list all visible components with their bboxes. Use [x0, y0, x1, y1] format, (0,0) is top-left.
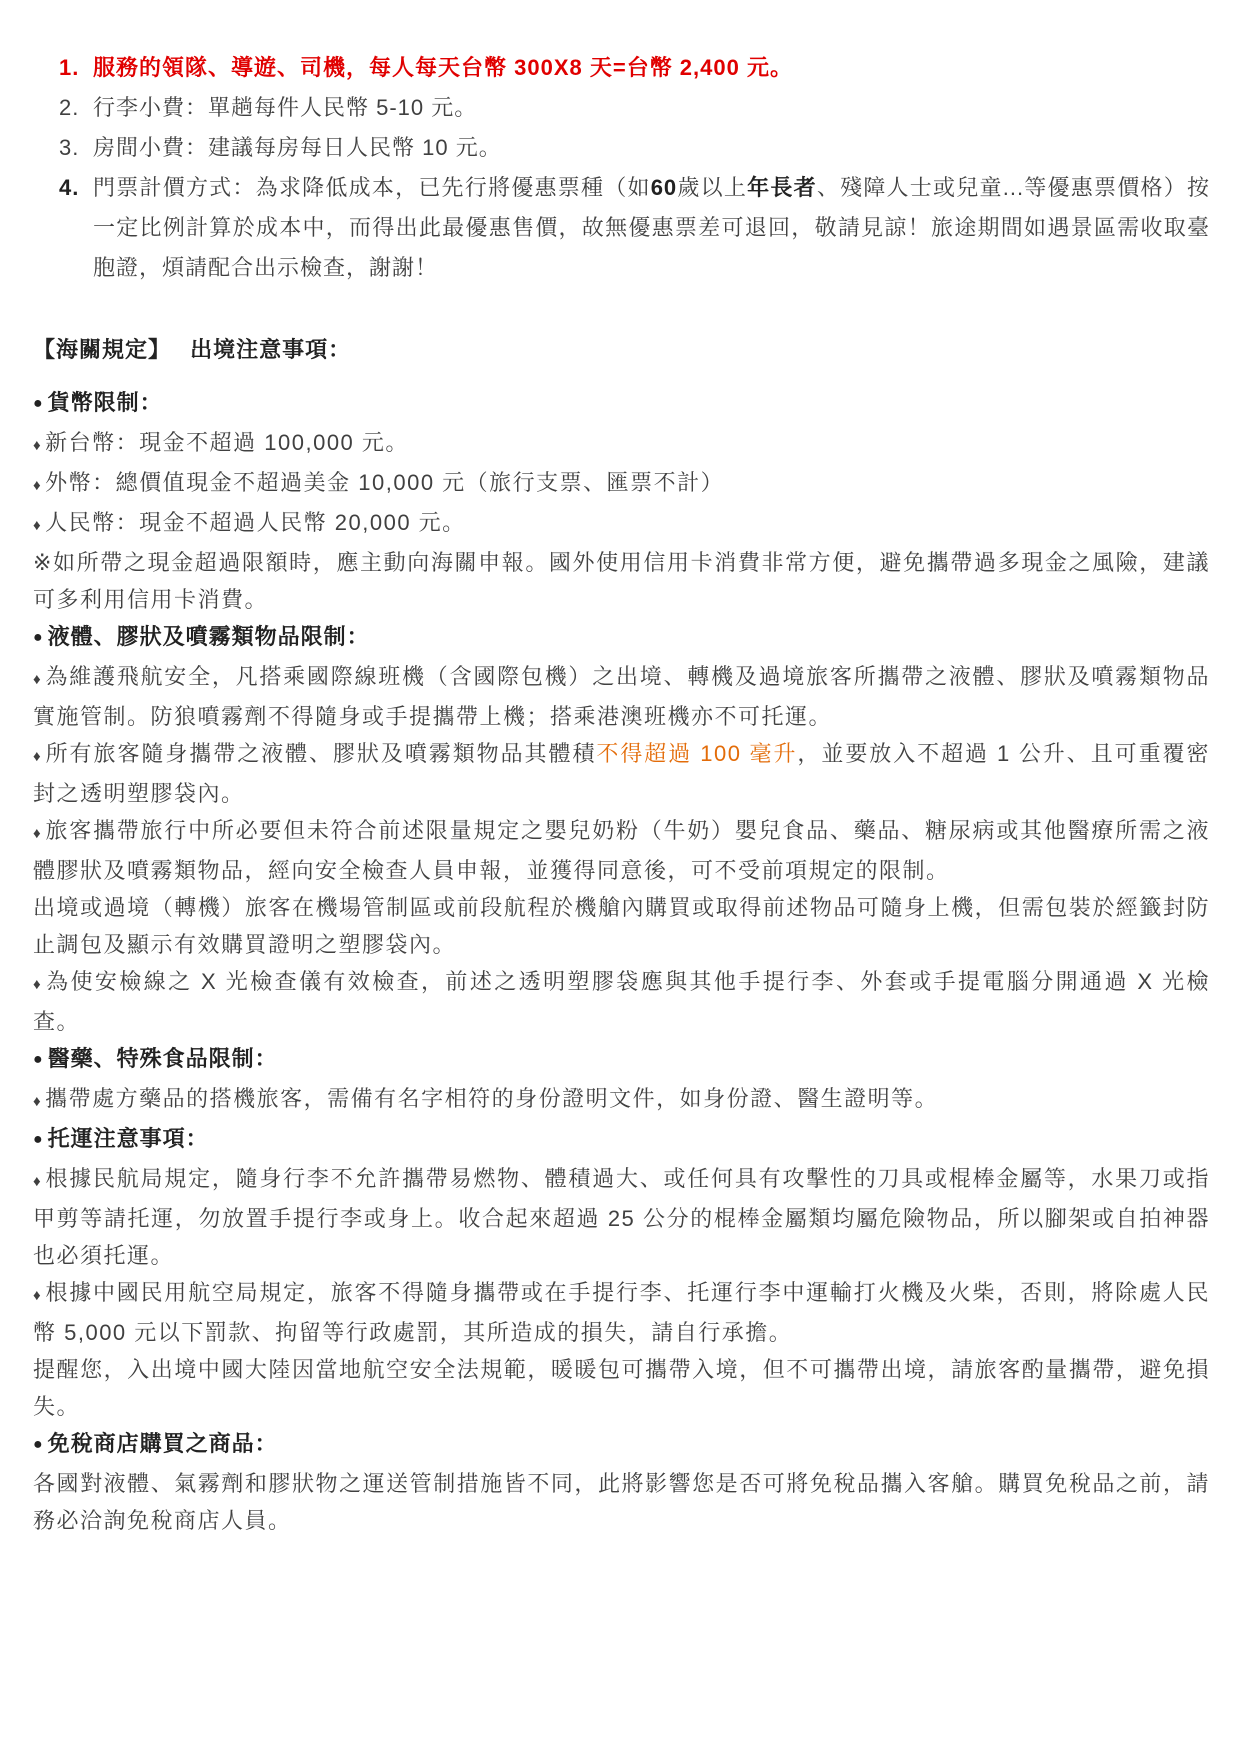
tip-item: 3.房間小費：建議每房每日人民幣 10 元。	[59, 128, 1210, 168]
bullet-icon: ●	[33, 1131, 44, 1148]
tip-text: 行李小費：單趟每件人民幣 5-10 元。	[93, 88, 1210, 128]
tip-number: 1.	[59, 48, 93, 88]
section-heading-text: 免稅商店購買之商品：	[48, 1431, 278, 1456]
paragraph: ♦為維護飛航安全，凡搭乘國際線班機（含國際包機）之出境、轉機及過境旅客所攜帶之液…	[33, 658, 1210, 735]
text-segment: 房間小費：建議每房每日人民幣 10 元。	[93, 135, 502, 160]
tip-text: 服務的領隊、導遊、司機，每人每天台幣 300X8 天=台幣 2,400 元。	[93, 48, 1210, 88]
customs-sections: ●貨幣限制：♦新台幣：現金不超過 100,000 元。♦外幣：總價值現金不超過美…	[33, 384, 1210, 1539]
text-segment: 旅客攜帶旅行中所必要但未符合前述限量規定之嬰兒奶粉（牛奶）嬰兒食品、藥品、糖尿病…	[33, 818, 1210, 883]
diamond-bullet-icon: ♦	[33, 976, 43, 993]
diamond-bullet-icon: ♦	[33, 748, 43, 765]
bullet-icon: ●	[33, 1436, 44, 1453]
text-segment: 歲以上	[677, 175, 747, 200]
tip-item: 2.行李小費：單趟每件人民幣 5-10 元。	[59, 88, 1210, 128]
paragraph: 各國對液體、氣霧劑和膠狀物之運送管制措施皆不同，此將影響您是否可將免稅品攜入客艙…	[33, 1465, 1210, 1539]
tip-text: 房間小費：建議每房每日人民幣 10 元。	[93, 128, 1210, 168]
text-segment: 門票計價方式：為求降低成本，已先行將優惠票種（如	[93, 175, 651, 200]
paragraph: ♦所有旅客隨身攜帶之液體、膠狀及噴霧類物品其體積不得超過 100 毫升，並要放入…	[33, 735, 1210, 812]
paragraph: ♦攜帶處方藥品的搭機旅客，需備有名字相符的身份證明文件，如身份證、醫生證明等。	[33, 1080, 1210, 1120]
text-segment: 行李小費：單趟每件人民幣 5-10 元。	[93, 95, 477, 120]
paragraph: ※如所帶之現金超過限額時，應主動向海關申報。國外使用信用卡消費非常方便，避免攜帶…	[33, 544, 1210, 618]
diamond-bullet-icon: ♦	[33, 1287, 42, 1304]
section-heading-text: 醫藥、特殊食品限制：	[48, 1046, 278, 1071]
diamond-bullet-icon: ♦	[33, 477, 42, 494]
text-segment: 新台幣：現金不超過 100,000 元。	[45, 430, 409, 455]
diamond-bullet-icon: ♦	[33, 671, 42, 688]
paragraph: ♦人民幣：現金不超過人民幣 20,000 元。	[33, 504, 1210, 544]
diamond-bullet-icon: ♦	[33, 1093, 42, 1110]
document-page: 1.服務的領隊、導遊、司機，每人每天台幣 300X8 天=台幣 2,400 元。…	[0, 0, 1240, 1755]
text-segment: 年長者	[747, 175, 817, 200]
text-segment: 為使安檢線之 X 光檢查儀有效檢查，前述之透明塑膠袋應與其他手提行李、外套或手提…	[33, 969, 1210, 1034]
section-heading: ●托運注意事項：	[33, 1120, 1210, 1160]
tip-item: 1.服務的領隊、導遊、司機，每人每天台幣 300X8 天=台幣 2,400 元。	[59, 48, 1210, 88]
tip-number: 2.	[59, 88, 93, 128]
text-segment: 人民幣：現金不超過人民幣 20,000 元。	[45, 510, 466, 535]
customs-title: 【海關規定】 出境注意事項：	[33, 330, 1210, 370]
tip-text: 門票計價方式：為求降低成本，已先行將優惠票種（如60歲以上年長者、殘障人士或兒童…	[93, 168, 1210, 288]
text-segment: 不得超過 100 毫升	[596, 741, 797, 766]
text-segment: 根據中國民用航空局規定，旅客不得隨身攜帶或在手提行李、托運行李中運輸打火機及火柴…	[33, 1280, 1210, 1345]
text-segment: 所有旅客隨身攜帶之液體、膠狀及噴霧類物品其體積	[46, 741, 597, 766]
text-segment: ※如所帶之現金超過限額時，應主動向海關申報。國外使用信用卡消費非常方便，避免攜帶…	[33, 550, 1210, 612]
text-segment: 攜帶處方藥品的搭機旅客，需備有名字相符的身份證明文件，如身份證、醫生證明等。	[45, 1086, 938, 1111]
bullet-icon: ●	[33, 395, 44, 412]
text-segment: 各國對液體、氣霧劑和膠狀物之運送管制措施皆不同，此將影響您是否可將免稅品攜入客艙…	[33, 1471, 1210, 1533]
text-segment: 服務的領隊、導遊、司機，每人每天台幣 300X8 天=台幣 2,400 元。	[93, 55, 793, 80]
section-heading: ●貨幣限制：	[33, 384, 1210, 424]
text-segment: 60	[651, 175, 677, 200]
tip-item: 4.門票計價方式：為求降低成本，已先行將優惠票種（如60歲以上年長者、殘障人士或…	[59, 168, 1210, 288]
section-heading-text: 貨幣限制：	[48, 390, 163, 415]
paragraph: 提醒您，入出境中國大陸因當地航空安全法規範，暖暖包可攜帶入境，但不可攜帶出境，請…	[33, 1351, 1210, 1425]
bullet-icon: ●	[33, 629, 44, 646]
tips-list: 1.服務的領隊、導遊、司機，每人每天台幣 300X8 天=台幣 2,400 元。…	[33, 48, 1210, 288]
paragraph: ♦為使安檢線之 X 光檢查儀有效檢查，前述之透明塑膠袋應與其他手提行李、外套或手…	[33, 963, 1210, 1040]
paragraph: ♦旅客攜帶旅行中所必要但未符合前述限量規定之嬰兒奶粉（牛奶）嬰兒食品、藥品、糖尿…	[33, 812, 1210, 889]
section-heading: ●液體、膠狀及噴霧類物品限制：	[33, 618, 1210, 658]
text-segment: 提醒您，入出境中國大陸因當地航空安全法規範，暖暖包可攜帶入境，但不可攜帶出境，請…	[33, 1357, 1210, 1419]
text-segment: 根據民航局規定，隨身行李不允許攜帶易燃物、體積過大、或任何具有攻擊性的刀具或棍棒…	[33, 1166, 1210, 1268]
paragraph: ♦外幣：總價值現金不超過美金 10,000 元（旅行支票、匯票不計）	[33, 464, 1210, 504]
paragraph: 出境或過境（轉機）旅客在機場管制區或前段航程於機艙內購買或取得前述物品可隨身上機…	[33, 889, 1210, 963]
paragraph: ♦根據中國民用航空局規定，旅客不得隨身攜帶或在手提行李、托運行李中運輸打火機及火…	[33, 1274, 1210, 1351]
text-segment: 為維護飛航安全，凡搭乘國際線班機（含國際包機）之出境、轉機及過境旅客所攜帶之液體…	[33, 664, 1210, 729]
diamond-bullet-icon: ♦	[33, 517, 42, 534]
diamond-bullet-icon: ♦	[33, 1173, 42, 1190]
tip-number: 3.	[59, 128, 93, 168]
section-heading: ●免稅商店購買之商品：	[33, 1425, 1210, 1465]
diamond-bullet-icon: ♦	[33, 825, 42, 842]
tip-number: 4.	[59, 168, 93, 288]
paragraph: ♦新台幣：現金不超過 100,000 元。	[33, 424, 1210, 464]
text-segment: 外幣：總價值現金不超過美金 10,000 元（旅行支票、匯票不計）	[45, 470, 724, 495]
paragraph: ♦根據民航局規定，隨身行李不允許攜帶易燃物、體積過大、或任何具有攻擊性的刀具或棍…	[33, 1160, 1210, 1274]
section-heading-text: 托運注意事項：	[48, 1126, 209, 1151]
section-heading: ●醫藥、特殊食品限制：	[33, 1040, 1210, 1080]
diamond-bullet-icon: ♦	[33, 437, 42, 454]
text-segment: 出境或過境（轉機）旅客在機場管制區或前段航程於機艙內購買或取得前述物品可隨身上機…	[33, 895, 1210, 957]
bullet-icon: ●	[33, 1051, 44, 1068]
section-heading-text: 液體、膠狀及噴霧類物品限制：	[48, 624, 370, 649]
